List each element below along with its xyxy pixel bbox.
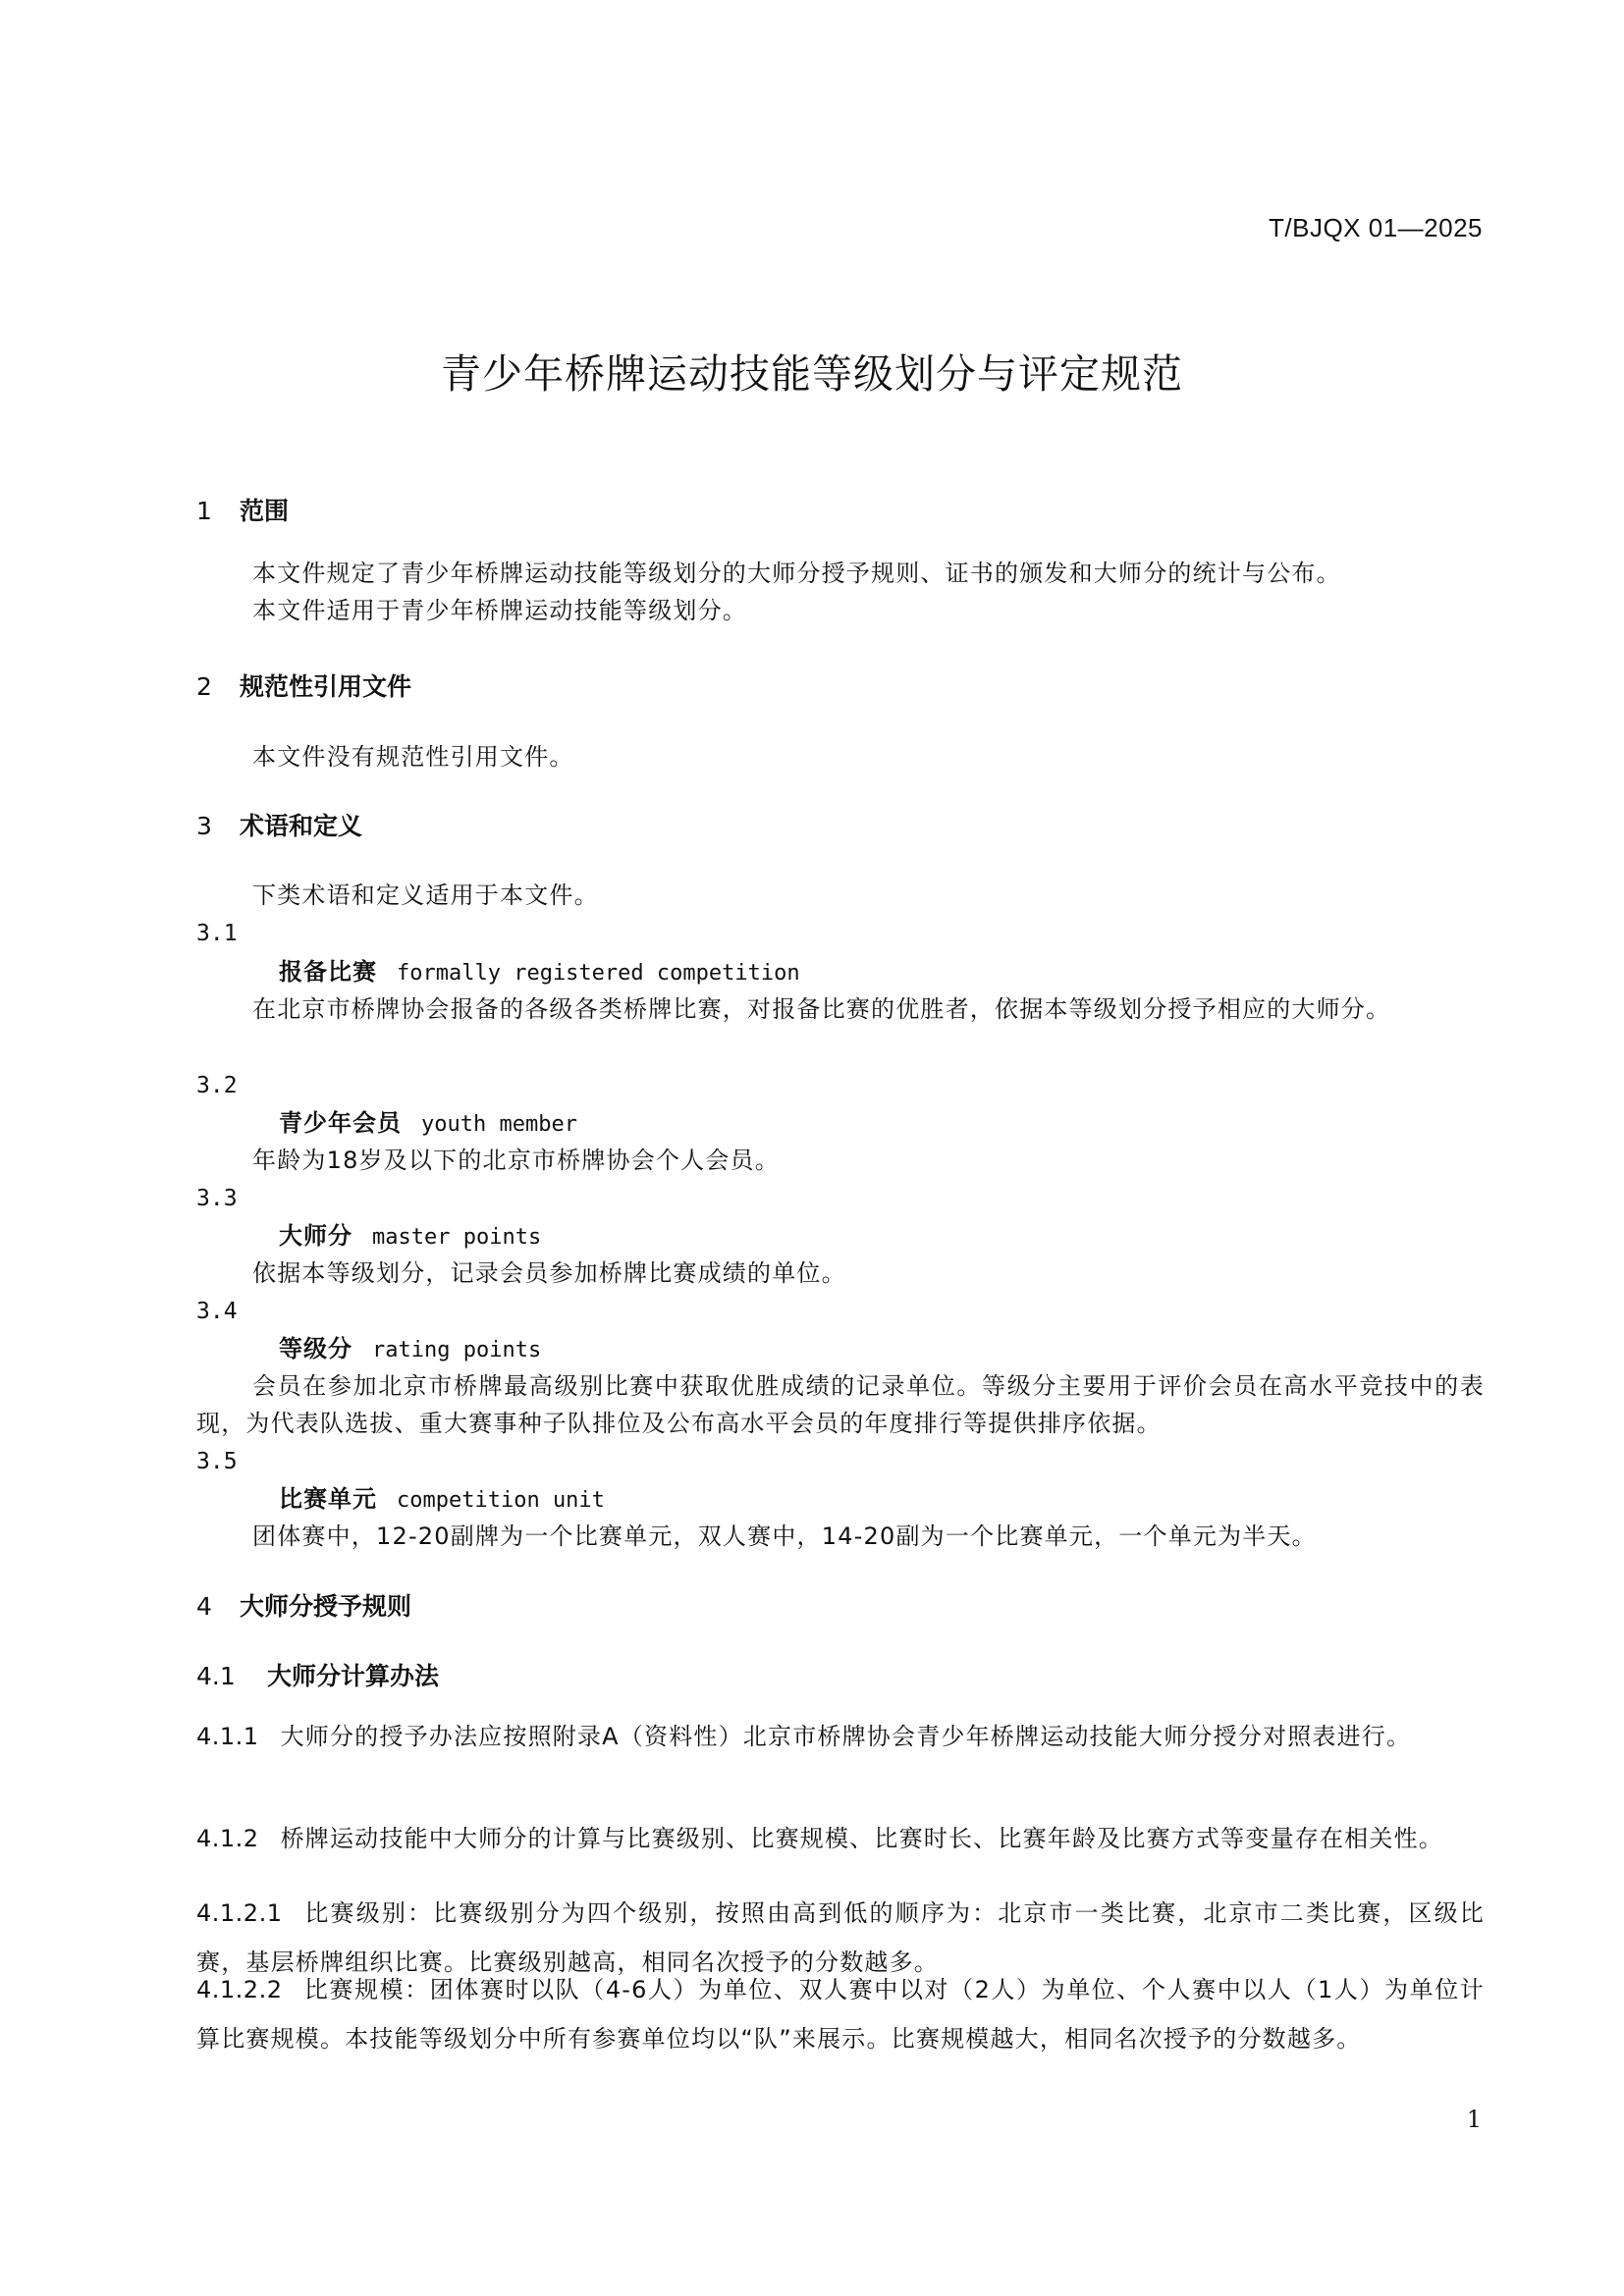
term-english: competition unit [397, 1488, 605, 1513]
section-3-heading: 3术语和定义 [196, 808, 1485, 845]
term-chinese: 比赛单元 [279, 1485, 377, 1513]
term-english: rating points [372, 1338, 541, 1362]
term-number: 3.4 [196, 1293, 1485, 1330]
term-entry: 大师分master points [196, 1217, 1567, 1256]
term-definition: 年龄为18岁及以下的北京市桥牌协会个人会员。 [196, 1142, 1485, 1179]
clause-text: 大师分的授予办法应按照附录A（资料性）北京市桥牌协会青少年桥牌运动技能大师分授分… [281, 1723, 1412, 1750]
term-chinese: 大师分 [279, 1222, 352, 1250]
term-entry: 比赛单元competition unit [196, 1480, 1567, 1520]
term-english: youth member [421, 1112, 577, 1137]
clause-4-1-2: 4.1.2桥牌运动技能中大师分的计算与比赛级别、比赛规模、比赛时长、比赛年龄及比… [196, 1814, 1485, 1863]
page-number: 1 [1467, 2106, 1482, 2133]
term-number: 3.5 [196, 1443, 1485, 1480]
clause-4-1-1: 4.1.1大师分的授予办法应按照附录A（资料性）北京市桥牌协会青少年桥牌运动技能… [196, 1712, 1485, 1761]
clause-number: 4.1.1 [196, 1723, 259, 1750]
term-entry: 等级分rating points [196, 1330, 1567, 1369]
section-title: 规范性引用文件 [240, 672, 411, 701]
clause-text: 比赛规模：团体赛时以队（4-6人）为单位、双人赛中以对（2人）为单位、个人赛中以… [196, 1976, 1485, 2053]
clause-number: 4.1.2.2 [196, 1976, 282, 2003]
section-2-heading: 2规范性引用文件 [196, 668, 1485, 706]
clause-4-1-2-2: 4.1.2.2比赛规模：团体赛时以队（4-6人）为单位、双人赛中以对（2人）为单… [196, 1965, 1485, 2063]
section-number: 4 [196, 1588, 240, 1626]
term-number: 3.3 [196, 1180, 1485, 1217]
document-code: T/BJQX 01—2025 [1269, 213, 1483, 243]
term-definition: 会员在参加北京市桥牌最高级别比赛中获取优胜成绩的记录单位。等级分主要用于评价会员… [196, 1367, 1485, 1442]
subsection-title: 大师分计算办法 [267, 1662, 439, 1690]
term-number: 3.2 [196, 1067, 1485, 1104]
term-entry: 报备比赛formally registered competition [196, 953, 1567, 992]
section-title: 大师分授予规则 [240, 1592, 411, 1621]
section-4-heading: 4大师分授予规则 [196, 1588, 1485, 1626]
paragraph: 本文件规定了青少年桥牌运动技能等级划分的大师分授予规则、证书的颁发和大师分的统计… [196, 555, 1485, 592]
clause-text: 桥牌运动技能中大师分的计算与比赛级别、比赛规模、比赛时长、比赛年龄及比赛方式等变… [281, 1825, 1443, 1852]
term-number: 3.1 [196, 915, 1485, 952]
term-chinese: 报备比赛 [279, 958, 377, 986]
term-definition: 依据本等级划分，记录会员参加桥牌比赛成绩的单位。 [196, 1255, 1485, 1292]
section-number: 3 [196, 808, 240, 845]
paragraph: 本文件适用于青少年桥牌运动技能等级划分。 [196, 592, 1485, 629]
document-title: 青少年桥牌运动技能等级划分与评定规范 [0, 342, 1624, 400]
section-title: 范围 [240, 497, 289, 525]
section-title: 术语和定义 [240, 812, 362, 840]
term-definition: 团体赛中，12-20副牌为一个比赛单元，双人赛中，14-20副为一个比赛单元，一… [196, 1518, 1485, 1555]
subsection-4-1-heading: 4.1大师分计算办法 [196, 1658, 1485, 1695]
clause-number: 4.1.2.1 [196, 1899, 282, 1927]
section-number: 1 [196, 493, 240, 530]
paragraph: 本文件没有规范性引用文件。 [196, 738, 1485, 775]
term-chinese: 等级分 [279, 1335, 352, 1362]
section-number: 2 [196, 668, 240, 706]
term-definition: 在北京市桥牌协会报备的各级各类桥牌比赛，对报备比赛的优胜者，依据本等级划分授予相… [196, 990, 1485, 1028]
term-english: master points [372, 1225, 541, 1250]
section-1-heading: 1范围 [196, 493, 1485, 530]
document-page: T/BJQX 01—2025 青少年桥牌运动技能等级划分与评定规范 1范围 本文… [0, 0, 1624, 2296]
term-entry: 青少年会员youth member [196, 1104, 1567, 1144]
term-chinese: 青少年会员 [279, 1109, 402, 1137]
term-english: formally registered competition [397, 961, 800, 986]
clause-number: 4.1.2 [196, 1825, 259, 1852]
subsection-number: 4.1 [196, 1658, 267, 1695]
paragraph: 下类术语和定义适用于本文件。 [196, 877, 1485, 914]
